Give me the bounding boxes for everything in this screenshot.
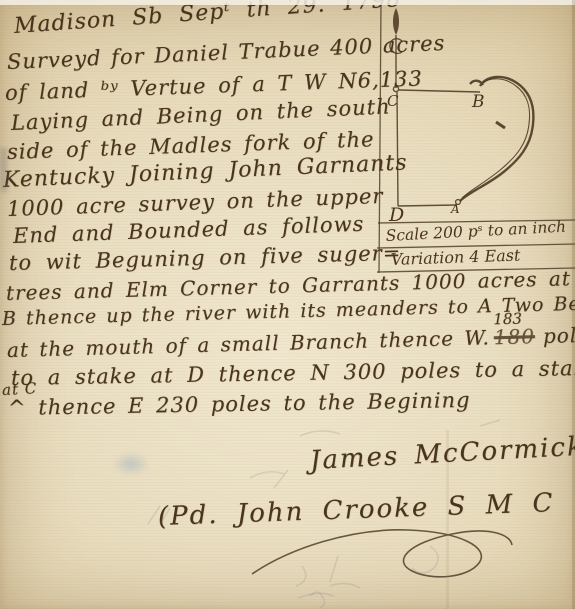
paper-crease (446, 430, 449, 609)
plat-label-d: D (388, 204, 404, 226)
plat-label-a: A (450, 202, 460, 216)
plat-line-c-b (399, 90, 480, 92)
scale-note: Scale 200 pˢ to an inch (385, 218, 566, 245)
plat-label-c: C (387, 92, 399, 110)
scale-box-rule-bottom (377, 268, 575, 272)
river-course-outer (460, 77, 533, 201)
ink-dash-mark (496, 122, 505, 128)
north-arrow-head (393, 8, 399, 35)
plat-line-d-a (398, 205, 456, 206)
plat-label-b: B (471, 92, 485, 112)
plat-drawing: C B D A Scale 200 pˢ to an inch Variatio… (0, 0, 575, 609)
variation-note: Variation 4 East (390, 245, 521, 269)
ink-flourish (252, 530, 512, 577)
survey-document-page: Madison Sb Sepᵗ th 29. 1798 Surveyd for … (0, 0, 575, 609)
margin-rule (379, 2, 381, 273)
